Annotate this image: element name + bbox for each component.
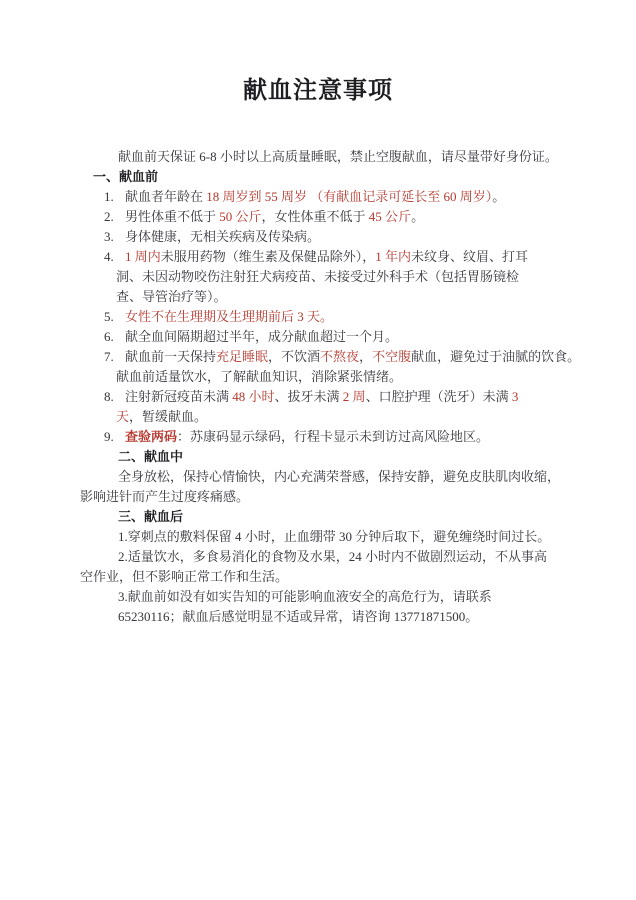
doc-text: 1.穿刺点的敷料保留 4 小时，止血绷带 30 分钟后取下，避免缠绕时间过长。 xyxy=(118,529,550,544)
list-number: 6. xyxy=(104,327,125,347)
doc-text: 献血者年龄在 xyxy=(125,189,206,204)
doc-line: 空作业，但不影响正常工作和生活。 xyxy=(80,567,543,587)
doc-text: 。 xyxy=(492,189,505,204)
list-number: 2. xyxy=(104,207,125,227)
highlighted-text: 2 周 xyxy=(343,389,366,404)
doc-line: 三、献血后 xyxy=(80,507,543,527)
list-number: 1. xyxy=(104,187,125,207)
list-number: 7. xyxy=(104,347,125,367)
highlighted-text: 1 周内 xyxy=(125,249,161,264)
page-title: 献血注意事项 xyxy=(0,76,636,106)
doc-line: 查、导管治疗等）。 xyxy=(80,287,543,307)
doc-text: 查、导管治疗等）。 xyxy=(116,289,227,304)
doc-text: 全身放松，保持心情愉快，内心充满荣誉感，保持安静，避免皮肤肌肉收缩， xyxy=(118,469,560,484)
highlighted-text: 不熬夜 xyxy=(320,349,359,364)
doc-text: 二、献血中 xyxy=(118,449,183,464)
doc-text: 未纹身、纹眉、打耳 xyxy=(411,249,528,264)
doc-text: 65230116；献血后感觉明显不适或异常，请咨询 13771871500。 xyxy=(118,609,478,624)
highlighted-text: 女性不在生理期及生理期前后 3 天。 xyxy=(125,309,333,324)
doc-line: 二、献血中 xyxy=(80,447,543,467)
doc-line: 2.男性体重不低于 50 公斤，女性体重不低于 45 公斤。 xyxy=(80,207,543,227)
doc-line: 一、献血前 xyxy=(80,167,543,187)
doc-text: 献血前天保证 6-8 小时以上高质量睡眠，禁止空腹献血，请尽量带好身份证。 xyxy=(118,149,558,164)
highlighted-text: 50 公斤 xyxy=(219,209,261,224)
highlighted-text: 3 xyxy=(512,389,519,404)
doc-line: 9.查验两码：苏康码显示绿码，行程卡显示未到访过高风险地区。 xyxy=(80,427,543,447)
doc-line: 2.适量饮水，多食易消化的食物及水果，24 小时内不做剧烈运动，不从事高 xyxy=(80,547,543,567)
doc-line: 天，暂缓献血。 xyxy=(80,407,543,427)
doc-line: 6.献全血间隔期超过半年，成分献血超过一个月。 xyxy=(80,327,543,347)
doc-text: ，不饮酒 xyxy=(268,349,320,364)
doc-text: 影响进针而产生过度疼痛感。 xyxy=(80,489,249,504)
doc-line: 3.身体健康，无相关疾病及传染病。 xyxy=(80,227,543,247)
doc-line: 8.注射新冠疫苗未满 48 小时、拔牙未满 2 周、口腔护理（洗牙）未满 3 xyxy=(80,387,543,407)
highlighted-text: 查验两码 xyxy=(125,429,177,444)
doc-text: 男性体重不低于 xyxy=(125,209,219,224)
doc-line: 影响进针而产生过度疼痛感。 xyxy=(80,487,543,507)
highlighted-text: 45 公斤 xyxy=(369,209,411,224)
doc-text: 3.献血前如没有如实告知的可能影响血液安全的高危行为，请联系 xyxy=(118,589,492,604)
doc-line: 5.女性不在生理期及生理期前后 3 天。 xyxy=(80,307,543,327)
doc-line: 献血前适量饮水，了解献血知识，消除紧张情绪。 xyxy=(80,367,543,387)
doc-text: 2.适量饮水，多食易消化的食物及水果，24 小时内不做剧烈运动，不从事高 xyxy=(118,549,547,564)
doc-text: 三、献血后 xyxy=(118,509,183,524)
list-number: 3. xyxy=(104,227,125,247)
list-number: 8. xyxy=(104,387,125,407)
doc-line: 65230116；献血后感觉明显不适或异常，请咨询 13771871500。 xyxy=(80,607,543,627)
doc-line: 7.献血前一天保持充足睡眠，不饮酒不熬夜，不空腹献血，避免过于油腻的饮食。 xyxy=(80,347,543,367)
doc-text: 未服用药物（维生素及保健品除外）， xyxy=(161,249,376,264)
document-page: 献血注意事项 献血前天保证 6-8 小时以上高质量睡眠，禁止空腹献血，请尽量带好… xyxy=(0,0,636,900)
doc-text: 献全血间隔期超过半年，成分献血超过一个月。 xyxy=(125,329,398,344)
doc-text: ，暂缓献血。 xyxy=(129,409,207,424)
list-number: 4. xyxy=(104,247,125,267)
highlighted-text: 充足睡眠 xyxy=(216,349,268,364)
highlighted-text: 天 xyxy=(116,409,129,424)
doc-text: ， xyxy=(359,349,372,364)
doc-text: 洞、未因动物咬伤注射狂犬病疫苗、未接受过外科手术（包括胃肠镜检 xyxy=(116,269,519,284)
doc-line: 洞、未因动物咬伤注射狂犬病疫苗、未接受过外科手术（包括胃肠镜检 xyxy=(80,267,543,287)
doc-text: ：苏康码显示绿码，行程卡显示未到访过高风险地区。 xyxy=(177,429,489,444)
list-number: 9. xyxy=(104,427,125,447)
doc-text: 空作业，但不影响正常工作和生活。 xyxy=(80,569,288,584)
doc-text: 、拔牙未满 xyxy=(275,389,343,404)
doc-line: 1.献血者年龄在 18 周岁到 55 周岁 （有献血记录可延长至 60 周岁）。 xyxy=(80,187,543,207)
doc-text: 献血前一天保持 xyxy=(125,349,216,364)
list-number: 5. xyxy=(104,307,125,327)
doc-line: 全身放松，保持心情愉快，内心充满荣誉感，保持安静，避免皮肤肌肉收缩， xyxy=(80,467,543,487)
doc-text: 献血，避免过于油腻的饮食。 xyxy=(411,349,580,364)
doc-line: 献血前天保证 6-8 小时以上高质量睡眠，禁止空腹献血，请尽量带好身份证。 xyxy=(80,147,543,167)
doc-line: 3.献血前如没有如实告知的可能影响血液安全的高危行为，请联系 xyxy=(80,587,543,607)
doc-line: 4.1 周内未服用药物（维生素及保健品除外），1 年内未纹身、纹眉、打耳 xyxy=(80,247,543,267)
doc-text: 注射新冠疫苗未满 xyxy=(125,389,232,404)
doc-text: ，女性体重不低于 xyxy=(262,209,369,224)
highlighted-text: 1 年内 xyxy=(375,249,411,264)
document-body: 献血前天保证 6-8 小时以上高质量睡眠，禁止空腹献血，请尽量带好身份证。一、献… xyxy=(80,147,543,627)
doc-text: 身体健康，无相关疾病及传染病。 xyxy=(125,229,320,244)
doc-text: 一、献血前 xyxy=(93,169,158,184)
doc-text: 献血前适量饮水，了解献血知识，消除紧张情绪。 xyxy=(116,369,402,384)
highlighted-text: 18 周岁到 55 周岁 （有献血记录可延长至 60 周岁） xyxy=(206,189,492,204)
highlighted-text: 48 小时 xyxy=(232,389,274,404)
doc-text: 。 xyxy=(411,209,424,224)
doc-line: 1.穿刺点的敷料保留 4 小时，止血绷带 30 分钟后取下，避免缠绕时间过长。 xyxy=(80,527,543,547)
highlighted-text: 不空腹 xyxy=(372,349,411,364)
doc-text: 、口腔护理（洗牙）未满 xyxy=(366,389,512,404)
